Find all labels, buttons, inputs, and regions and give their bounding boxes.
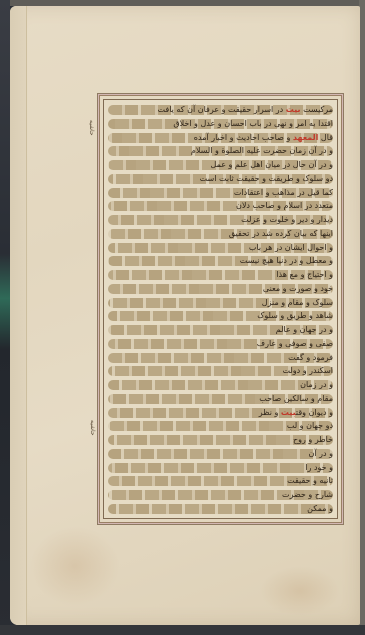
manuscript-line: و در آن	[108, 447, 333, 460]
manuscript-line: فرمود و گفت	[108, 351, 333, 364]
line-text: و خود را	[108, 461, 333, 474]
rubric: المعهد	[293, 133, 319, 142]
margin-annotation: حاشیه	[86, 420, 96, 515]
line-text: متعدد در اسلام و صاحب دلان	[108, 199, 333, 212]
rubric: بیت	[281, 408, 296, 417]
line-text: اینها که بیان کرده شد در تحقیق	[108, 227, 333, 240]
line-text: ثانیه و حقیقت	[108, 474, 333, 487]
manuscript-line: و معطل و در دنیا هیچ نیست	[108, 254, 333, 267]
line-text: شاهد و طریق و سلوک	[108, 309, 333, 322]
manuscript-line: خاطر و روح	[108, 433, 333, 446]
line-text: دو سلوک و طریقت و حقیقت ثابت است	[108, 172, 333, 185]
line-text: فرمود و گفت	[108, 351, 333, 364]
manuscript-line: ثانیه و حقیقت	[108, 474, 333, 487]
manuscript-line: و خود را	[108, 461, 333, 474]
line-text: صفی و صوفی و عارف	[108, 337, 333, 350]
manuscript-line: و در جهان و عالم	[108, 323, 333, 336]
text-lines: مرکیست بیت در اسرار حقیقت و عرفان آن که …	[108, 103, 333, 515]
scan-background-bottom	[0, 625, 365, 635]
margin-annotation: حاشیه	[86, 120, 96, 270]
manuscript-line: شارح و حضرت	[108, 488, 333, 501]
manuscript-line: صفی و صوفی و عارف	[108, 337, 333, 350]
manuscript-line: مرکیست بیت در اسرار حقیقت و عرفان آن که …	[108, 103, 333, 116]
line-text: و در آن زمان حضرت علیه الصلوة و السلام	[108, 144, 333, 157]
manuscript-line: و ممکن	[108, 502, 333, 515]
manuscript-line: و در آن زمان حضرت علیه الصلوة و السلام	[108, 144, 333, 157]
manuscript-line: و احوال ایشان در هر باب	[108, 241, 333, 254]
rubric: بیت	[286, 105, 301, 114]
manuscript-line: سلوک و مقام و منزل	[108, 296, 333, 309]
line-text: و دیوان وقتبیت و نظر	[108, 406, 333, 419]
manuscript-line: دو سلوک و طریقت و حقیقت ثابت است	[108, 172, 333, 185]
line-text: و در آن	[108, 447, 333, 460]
manuscript-line: قال المعهد و صاحب احادیث و اخبار آمده	[108, 131, 333, 144]
line-text: و احوال ایشان در هر باب	[108, 241, 333, 254]
line-text: و معطل و در دنیا هیچ نیست	[108, 254, 333, 267]
line-text: دو جهان و لب	[108, 419, 333, 432]
line-text: کما قیل در مذاهب و اعتقادات	[108, 186, 333, 199]
line-text: شارح و حضرت	[108, 488, 333, 501]
line-text: دیدار و دیر و خلوت و عزلت	[108, 213, 333, 226]
paper-stain	[30, 526, 120, 606]
manuscript-line: دیدار و دیر و خلوت و عزلت	[108, 213, 333, 226]
text-block: مرکیست بیت در اسرار حقیقت و عرفان آن که …	[103, 99, 338, 519]
manuscript-line: اینها که بیان کرده شد در تحقیق	[108, 227, 333, 240]
manuscript-line: دو جهان و لب	[108, 419, 333, 432]
line-text: خود و صورت و معنی	[108, 282, 333, 295]
line-text: و در آن حال در میان اهل علم و عمل	[108, 158, 333, 171]
manuscript-line: و دیوان وقتبیت و نظر	[108, 406, 333, 419]
line-text: و در جهان و عالم	[108, 323, 333, 336]
manuscript-line: شاهد و طریق و سلوک	[108, 309, 333, 322]
manuscript-line: و در آن حال در میان اهل علم و عمل	[108, 158, 333, 171]
line-text: و ممکن	[108, 502, 333, 515]
manuscript-line: و در زمان	[108, 378, 333, 391]
line-text: سلوک و مقام و منزل	[108, 296, 333, 309]
manuscript-line: کما قیل در مذاهب و اعتقادات	[108, 186, 333, 199]
line-text: قال المعهد و صاحب احادیث و اخبار آمده	[108, 131, 333, 144]
line-text: و احتیاج و مع هذا	[108, 268, 333, 281]
manuscript-line: خود و صورت و معنی	[108, 282, 333, 295]
line-text: خاطر و روح	[108, 433, 333, 446]
scan-background-left	[0, 0, 10, 635]
line-text: اقتدا به امر و نهی در باب احسان و عدل و …	[108, 117, 333, 130]
line-text: مرکیست بیت در اسرار حقیقت و عرفان آن که …	[108, 103, 333, 116]
paper-stain	[260, 566, 340, 616]
binding-gutter	[10, 6, 27, 625]
line-text: و در زمان	[108, 378, 333, 391]
manuscript-line: اقتدا به امر و نهی در باب احسان و عدل و …	[108, 117, 333, 130]
manuscript-line: و احتیاج و مع هذا	[108, 268, 333, 281]
manuscript-line: مقام و سالکین صاحب	[108, 392, 333, 405]
text-block-frame: مرکیست بیت در اسرار حقیقت و عرفان آن که …	[99, 95, 342, 523]
manuscript-line: متعدد در اسلام و صاحب دلان	[108, 199, 333, 212]
manuscript-line: اسکندر و دولت	[108, 364, 333, 377]
line-text: مقام و سالکین صاحب	[108, 392, 333, 405]
line-text: اسکندر و دولت	[108, 364, 333, 377]
